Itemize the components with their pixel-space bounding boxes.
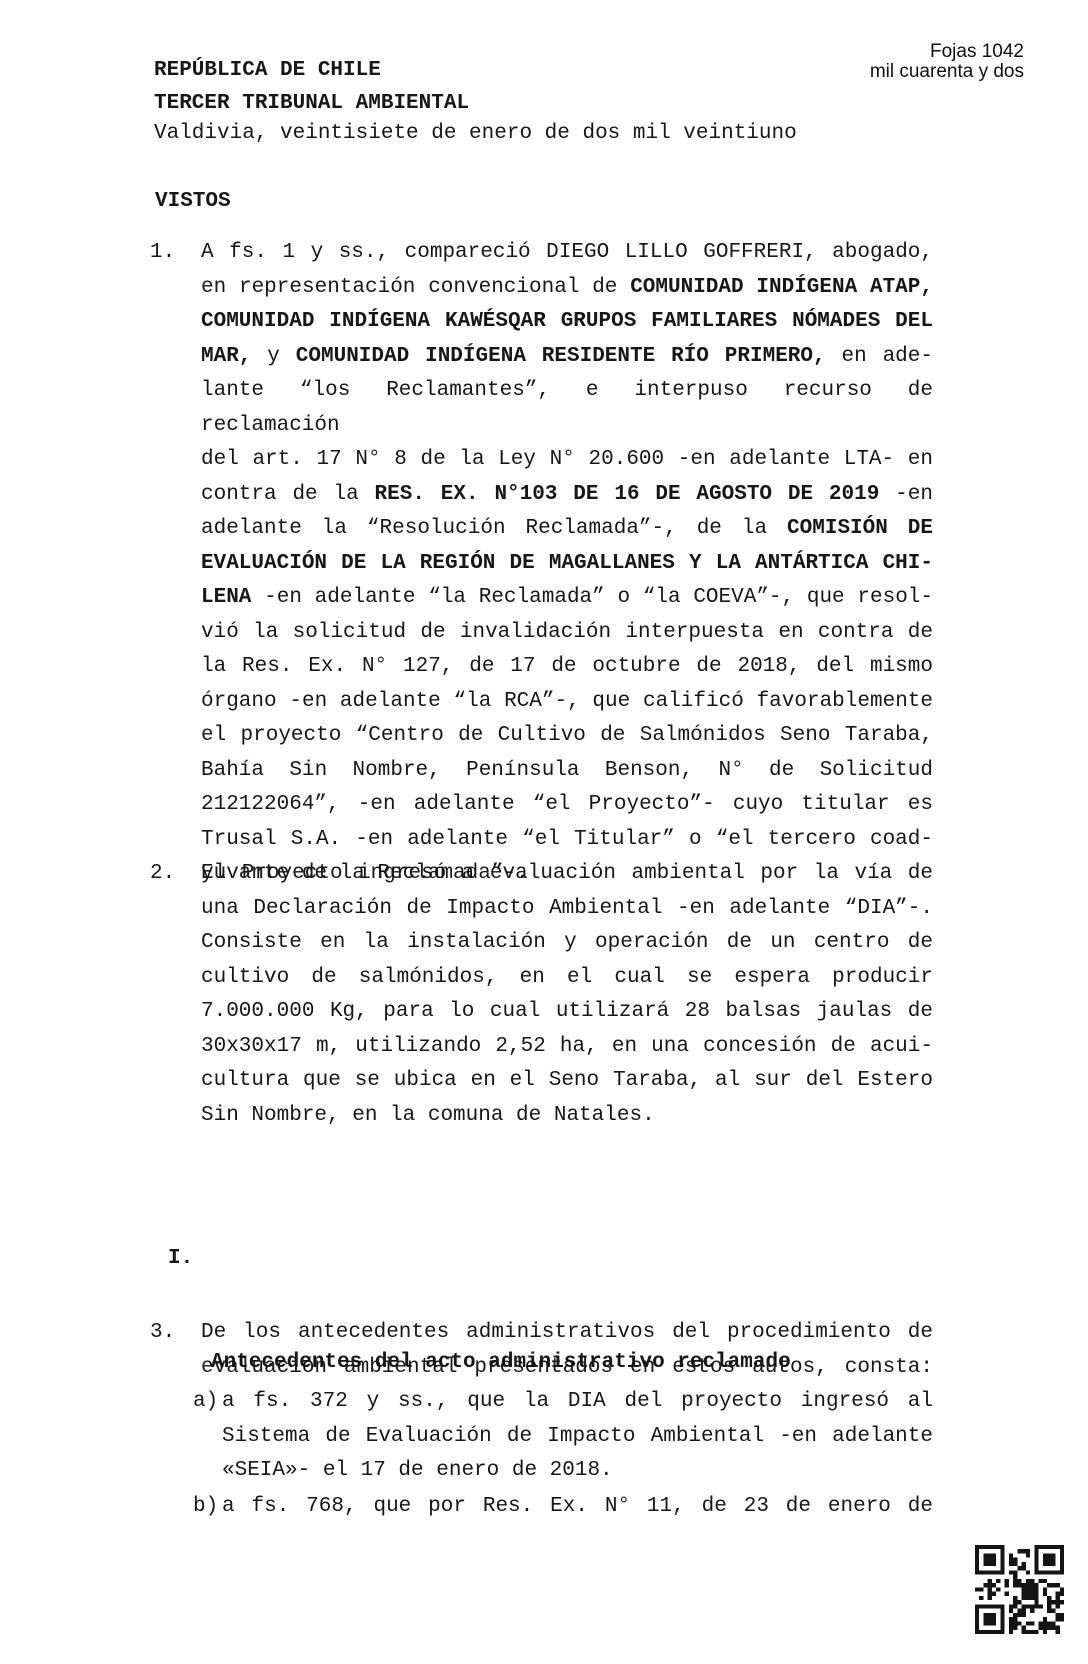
header-republic: REPÚBLICA DE CHILE [154, 54, 381, 89]
text-line: una Declaración de Impacto Ambiental -en… [201, 892, 933, 927]
fojas-stamp: Fojas 1042 mil cuarenta y dos [870, 42, 1024, 81]
text-line: evaluación ambiental presentados en esto… [201, 1351, 933, 1386]
text-line: Bahía Sin Nombre, Península Benson, N° d… [201, 754, 933, 789]
text-line: «SEIA»- el 17 de enero de 2018. [222, 1454, 933, 1489]
date-line: Valdivia, veintisiete de enero de dos mi… [154, 117, 797, 152]
text-line: A fs. 1 y ss., compareció DIEGO LILLO GO… [201, 236, 933, 271]
paragraph-1: 1.A fs. 1 y ss., compareció DIEGO LILLO … [150, 236, 934, 892]
text-line: 7.000.000 Kg, para lo cual utilizará 28 … [201, 995, 933, 1030]
text-line: El Proyecto ingresó a evaluación ambient… [201, 857, 933, 892]
text-line: cultivo de salmónidos, en el cual se esp… [201, 961, 933, 996]
fojas-number: Fojas 1042 [870, 42, 1024, 62]
item-number: b) [193, 1490, 218, 1525]
text-line: Trusal S.A. -en adelante “el Titular” o … [201, 823, 933, 858]
text-line: la Res. Ex. N° 127, de 17 de octubre de … [201, 650, 933, 685]
fojas-words: mil cuarenta y dos [870, 62, 1024, 82]
paragraph-3: 3.De los antecedentes administrativos de… [150, 1316, 934, 1385]
text-line: MAR, y COMUNIDAD INDÍGENA RESIDENTE RÍO … [201, 340, 933, 375]
text-line: a fs. 372 y ss., que la DIA del proyecto… [222, 1385, 933, 1420]
text-line: De los antecedentes administrativos del … [201, 1316, 933, 1351]
text-line: órgano -en adelante “la RCA”-, que calif… [201, 685, 933, 720]
text-line: 30x30x17 m, utilizando 2,52 ha, en una c… [201, 1030, 933, 1065]
item-number: 1. [150, 236, 175, 271]
text-line: en representación convencional de COMUNI… [201, 271, 933, 306]
qr-code-icon [975, 1545, 1064, 1634]
text-line: COMUNIDAD INDÍGENA KAWÉSQAR GRUPOS FAMIL… [201, 305, 933, 340]
text-line: Consiste en la instalación y operación d… [201, 926, 933, 961]
text-line: 212122064”, -en adelante “el Proyecto”- … [201, 788, 933, 823]
subitem-b: b)a fs. 768, que por Res. Ex. N° 11, de … [150, 1490, 934, 1525]
text-line: Sistema de Evaluación de Impacto Ambient… [222, 1420, 933, 1455]
text-line: el proyecto “Centro de Cultivo de Salmón… [201, 719, 933, 754]
text-line: Sin Nombre, en la comuna de Natales. [201, 1099, 933, 1134]
document-page: Fojas 1042 mil cuarenta y dos REPÚBLICA … [0, 0, 1088, 1664]
text-line: cultura que se ubica en el Seno Taraba, … [201, 1064, 933, 1099]
section-number: I. [168, 1242, 193, 1277]
text-line: vió la solicitud de invalidación interpu… [201, 616, 933, 651]
text-line: contra de la RES. EX. N°103 DE 16 DE AGO… [201, 478, 933, 513]
text-line: EVALUACIÓN DE LA REGIÓN DE MAGALLANES Y … [201, 547, 933, 582]
text-line: adelante la “Resolución Reclamada”-, de … [201, 512, 933, 547]
section-heading: I. Antecedentes del acto administrativo … [150, 1242, 934, 1277]
text-line: lante “los Reclamantes”, e interpuso rec… [201, 374, 933, 443]
text-line: del art. 17 N° 8 de la Ley N° 20.600 -en… [201, 443, 933, 478]
subitem-a: a)a fs. 372 y ss., que la DIA del proyec… [150, 1385, 934, 1489]
item-number: 3. [150, 1316, 175, 1351]
item-number: a) [193, 1385, 218, 1420]
vistos-heading: VISTOS [155, 185, 231, 220]
item-number: 2. [150, 857, 175, 892]
text-line: LENA -en adelante “la Reclamada” o “la C… [201, 581, 933, 616]
text-line: a fs. 768, que por Res. Ex. N° 11, de 23… [222, 1490, 933, 1525]
paragraph-2: 2.El Proyecto ingresó a evaluación ambie… [150, 857, 934, 1133]
